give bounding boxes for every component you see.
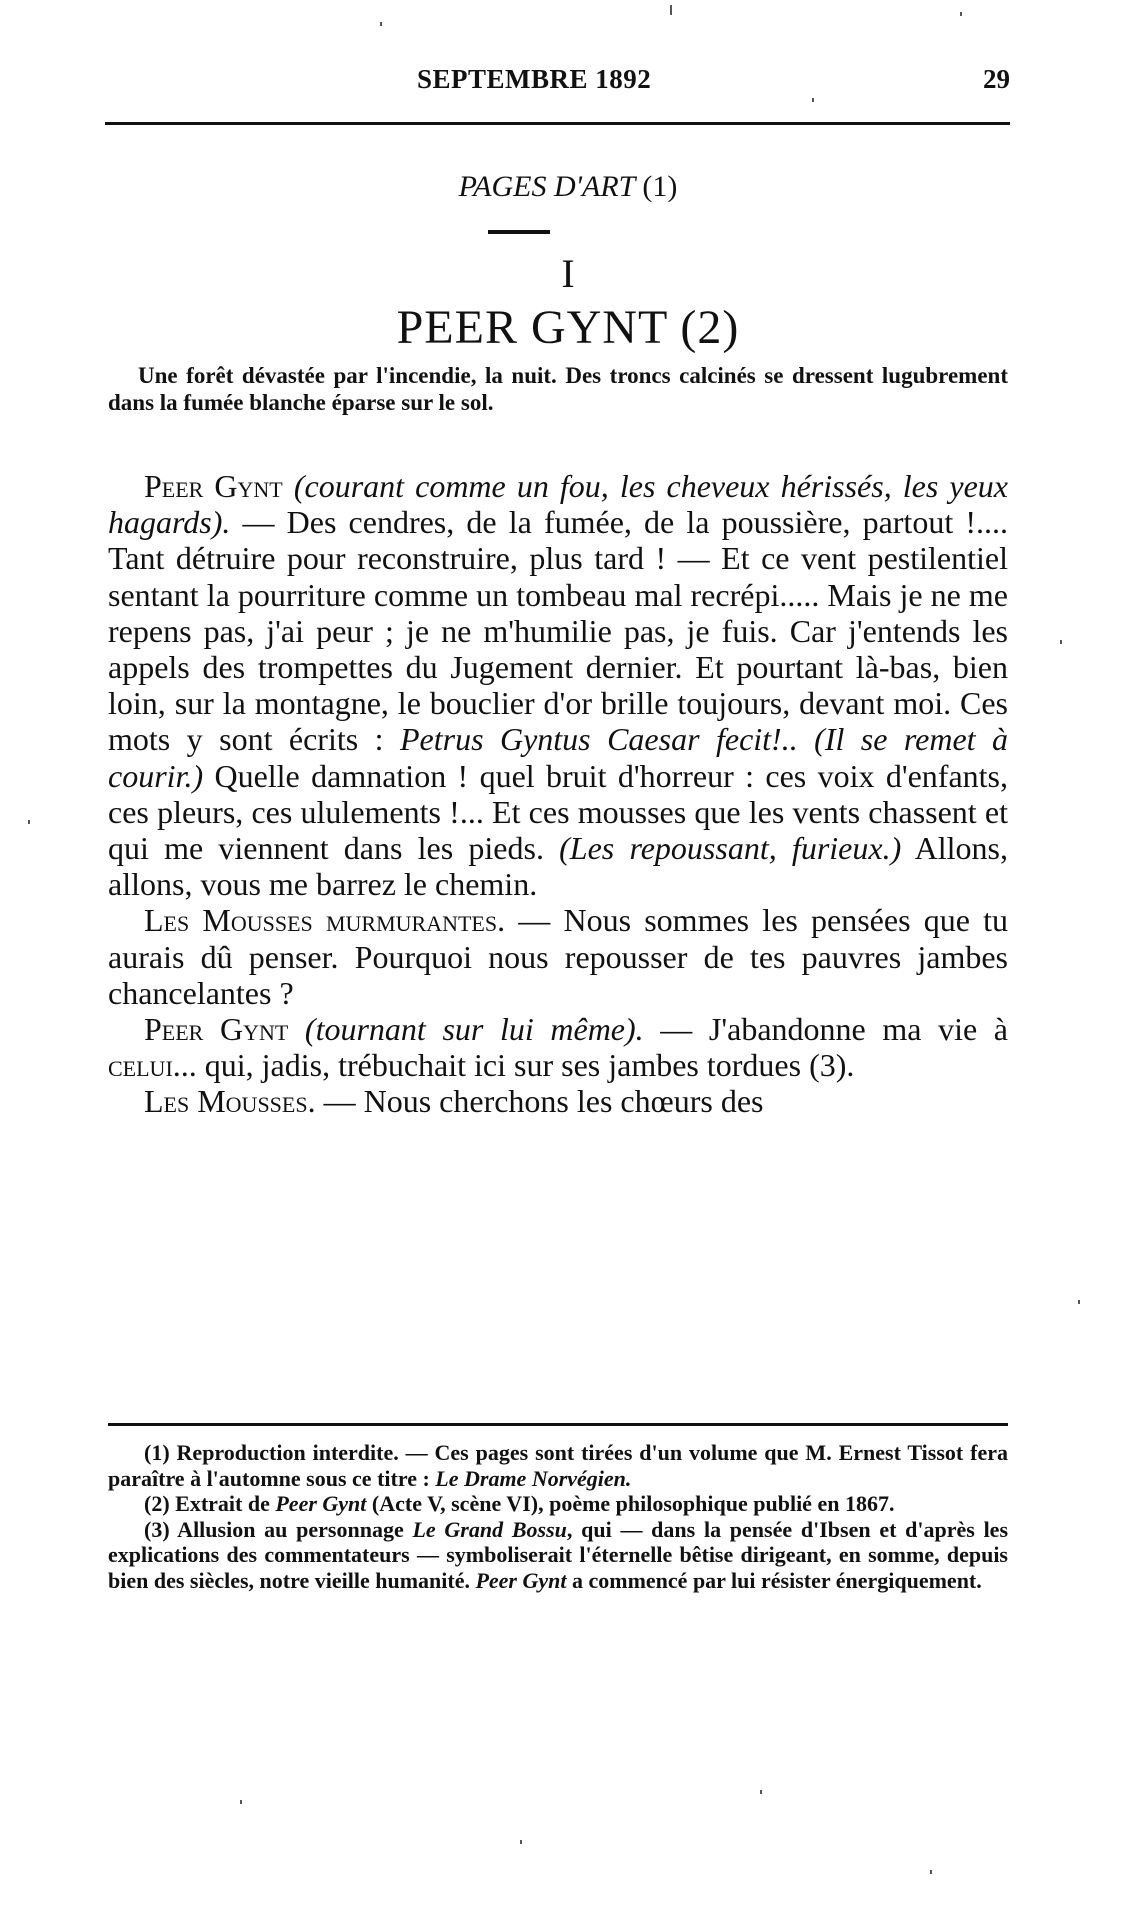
scan-speck — [812, 98, 814, 102]
speech-peer-gynt-2: Peer Gynt (tournant sur lui même). — J'a… — [108, 1011, 1008, 1083]
header-rule — [105, 122, 1010, 125]
footnote-ref: (1) — [144, 1440, 170, 1465]
stage-cue: (Les repoussant, furieux.) — [559, 830, 901, 866]
section-divider — [488, 230, 550, 234]
scan-speck — [1078, 1300, 1080, 1304]
footnote-title: Le Drame Norvégien. — [435, 1466, 631, 1491]
footnote-rule — [108, 1423, 1008, 1426]
stage-direction-text: Une forêt dévastée par l'incendie, la nu… — [108, 362, 1008, 416]
speech-mosses-1: Les Mousses murmurantes. — Nous sommes l… — [108, 902, 1008, 1011]
footnote-2: (2) Extrait de Peer Gynt (Acte V, scène … — [108, 1491, 1008, 1517]
part-numeral: I — [0, 250, 1136, 297]
scan-speck — [240, 1800, 242, 1804]
speaker-name: Les Mousses murmurantes. — [144, 902, 505, 938]
stage-direction: Une forêt dévastée par l'incendie, la nu… — [108, 362, 1008, 416]
scan-speck — [930, 1870, 932, 1874]
scan-speck — [1060, 640, 1062, 644]
speech-peer-gynt-1: Peer Gynt (courant comme un fou, les che… — [108, 468, 1008, 902]
footnote-text: Extrait de — [170, 1491, 276, 1516]
footnote-title: Peer Gynt — [275, 1491, 366, 1516]
scan-speck — [760, 1790, 762, 1794]
footnote-ref: (2) — [144, 1491, 170, 1516]
inscription: Petrus Gyntus Caesar fecit!.. — [400, 721, 798, 757]
footnote-text: a commencé par lui résister énergiquemen… — [567, 1568, 982, 1593]
footnote-3: (3) Allusion au personnage Le Grand Boss… — [108, 1517, 1008, 1594]
play-title-text: PEER GYNT — [397, 301, 668, 354]
footnote-title: Peer Gynt — [475, 1568, 566, 1593]
speech-text: — J'abandonne ma vie à — [644, 1011, 1008, 1047]
section-note-ref: (1) — [642, 170, 677, 203]
emphasis: celui — [108, 1047, 173, 1083]
speaker-name: Peer Gynt — [144, 468, 283, 504]
speaker-name: Les Mousses. — [144, 1083, 316, 1119]
scan-speck — [28, 820, 30, 824]
running-head: SEPTEMBRE 1892 29 — [105, 64, 1010, 104]
scan-speck — [670, 5, 672, 15]
speech-text: — Des cendres, de la fumée, de la poussi… — [108, 504, 1008, 757]
play-note-ref: (2) — [680, 301, 739, 354]
section-title: PAGES D'ART (1) — [0, 170, 1136, 204]
footnote-text: Allusion au personnage — [170, 1517, 413, 1542]
footnote-title: Le Grand Bossu — [412, 1517, 566, 1542]
scan-speck — [960, 12, 962, 16]
scan-speck — [380, 22, 382, 26]
section-title-text: PAGES D'ART — [459, 170, 635, 203]
footnote-1: (1) Reproduction interdite. — Ces pages … — [108, 1440, 1008, 1491]
speaker-name: Peer Gynt — [144, 1011, 288, 1047]
running-head-title: SEPTEMBRE 1892 — [417, 64, 651, 95]
scanned-page: SEPTEMBRE 1892 29 PAGES D'ART (1) I PEER… — [0, 0, 1136, 1912]
dialogue: Peer Gynt (courant comme un fou, les che… — [108, 468, 1008, 1120]
page-number: 29 — [983, 64, 1010, 95]
speech-text: ... qui, jadis, trébuchait ici sur ses j… — [173, 1047, 855, 1083]
speech-text: — Nous cherchons les chœurs des — [316, 1083, 764, 1119]
footnote-text: (Acte V, scène VI), poème philosophique … — [366, 1491, 894, 1516]
stage-cue: (tournant sur lui même). — [305, 1011, 644, 1047]
speech-mosses-2: Les Mousses. — Nous cherchons les chœurs… — [108, 1083, 1008, 1119]
footnotes: (1) Reproduction interdite. — Ces pages … — [108, 1440, 1008, 1593]
footnote-ref: (3) — [144, 1517, 170, 1542]
play-title: PEER GYNT (2) — [0, 300, 1136, 355]
scan-speck — [520, 1840, 522, 1844]
